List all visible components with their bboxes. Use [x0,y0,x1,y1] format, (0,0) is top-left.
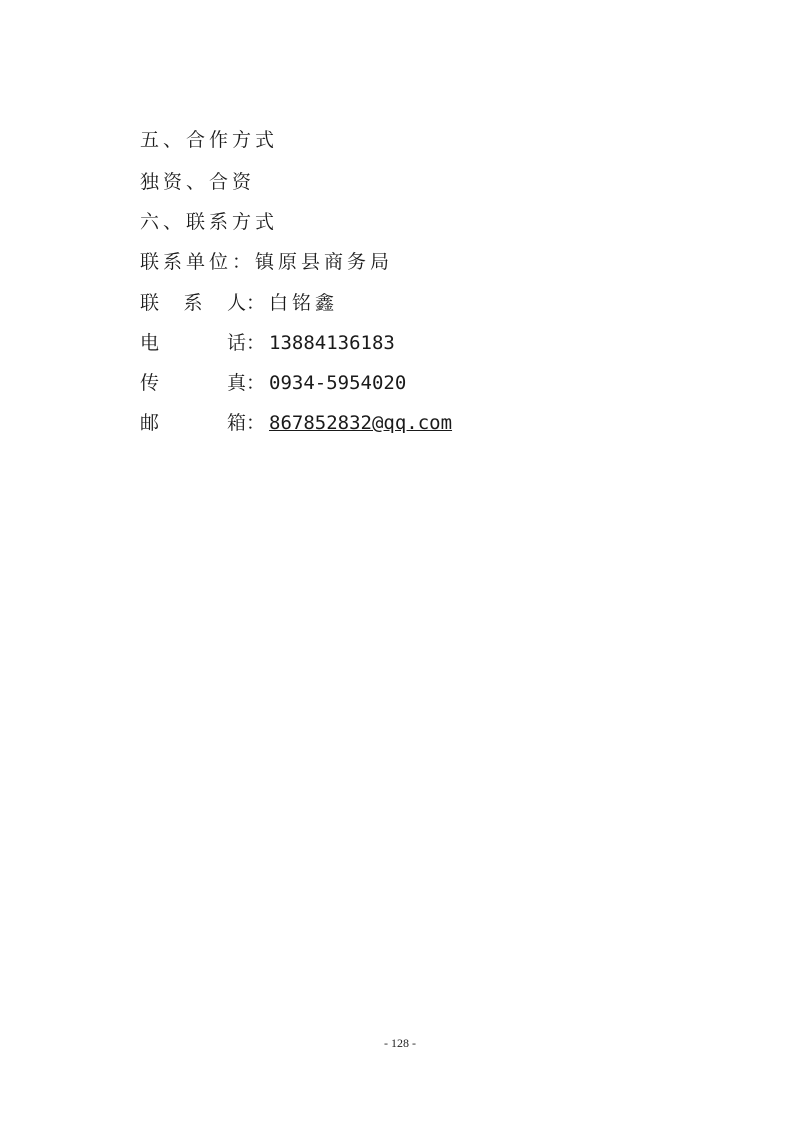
contact-person-label: 联 系 人 [140,291,246,315]
email-link[interactable]: 867852832@qq.com [269,412,452,434]
email-label: 邮 箱 [140,411,246,435]
phone-row: 电 话 ：13884136183 [140,331,395,355]
contact-unit-row: 联系单位：镇原县商务局 [140,250,393,274]
fax-row: 传 真 ：0934-5954020 [140,371,406,395]
fax-value: 0934-5954020 [269,372,406,394]
contact-unit-value: 镇原县商务局 [255,251,393,273]
phone-label: 电 话 [140,331,246,355]
fax-label: 传 真 [140,371,246,395]
contact-unit-label: 联系单位： [140,251,255,273]
contact-person-row: 联 系 人 ：白铭鑫 [140,291,338,315]
page-number: - 128 - [0,1036,800,1051]
phone-value: 13884136183 [269,332,395,354]
section-6-heading: 六、联系方式 [140,210,278,234]
email-row: 邮 箱 ：867852832@qq.com [140,411,452,435]
cooperation-mode: 独资、合资 [140,170,255,194]
contact-person-value: 白铭鑫 [269,292,338,314]
section-5-heading: 五、合作方式 [140,128,278,152]
